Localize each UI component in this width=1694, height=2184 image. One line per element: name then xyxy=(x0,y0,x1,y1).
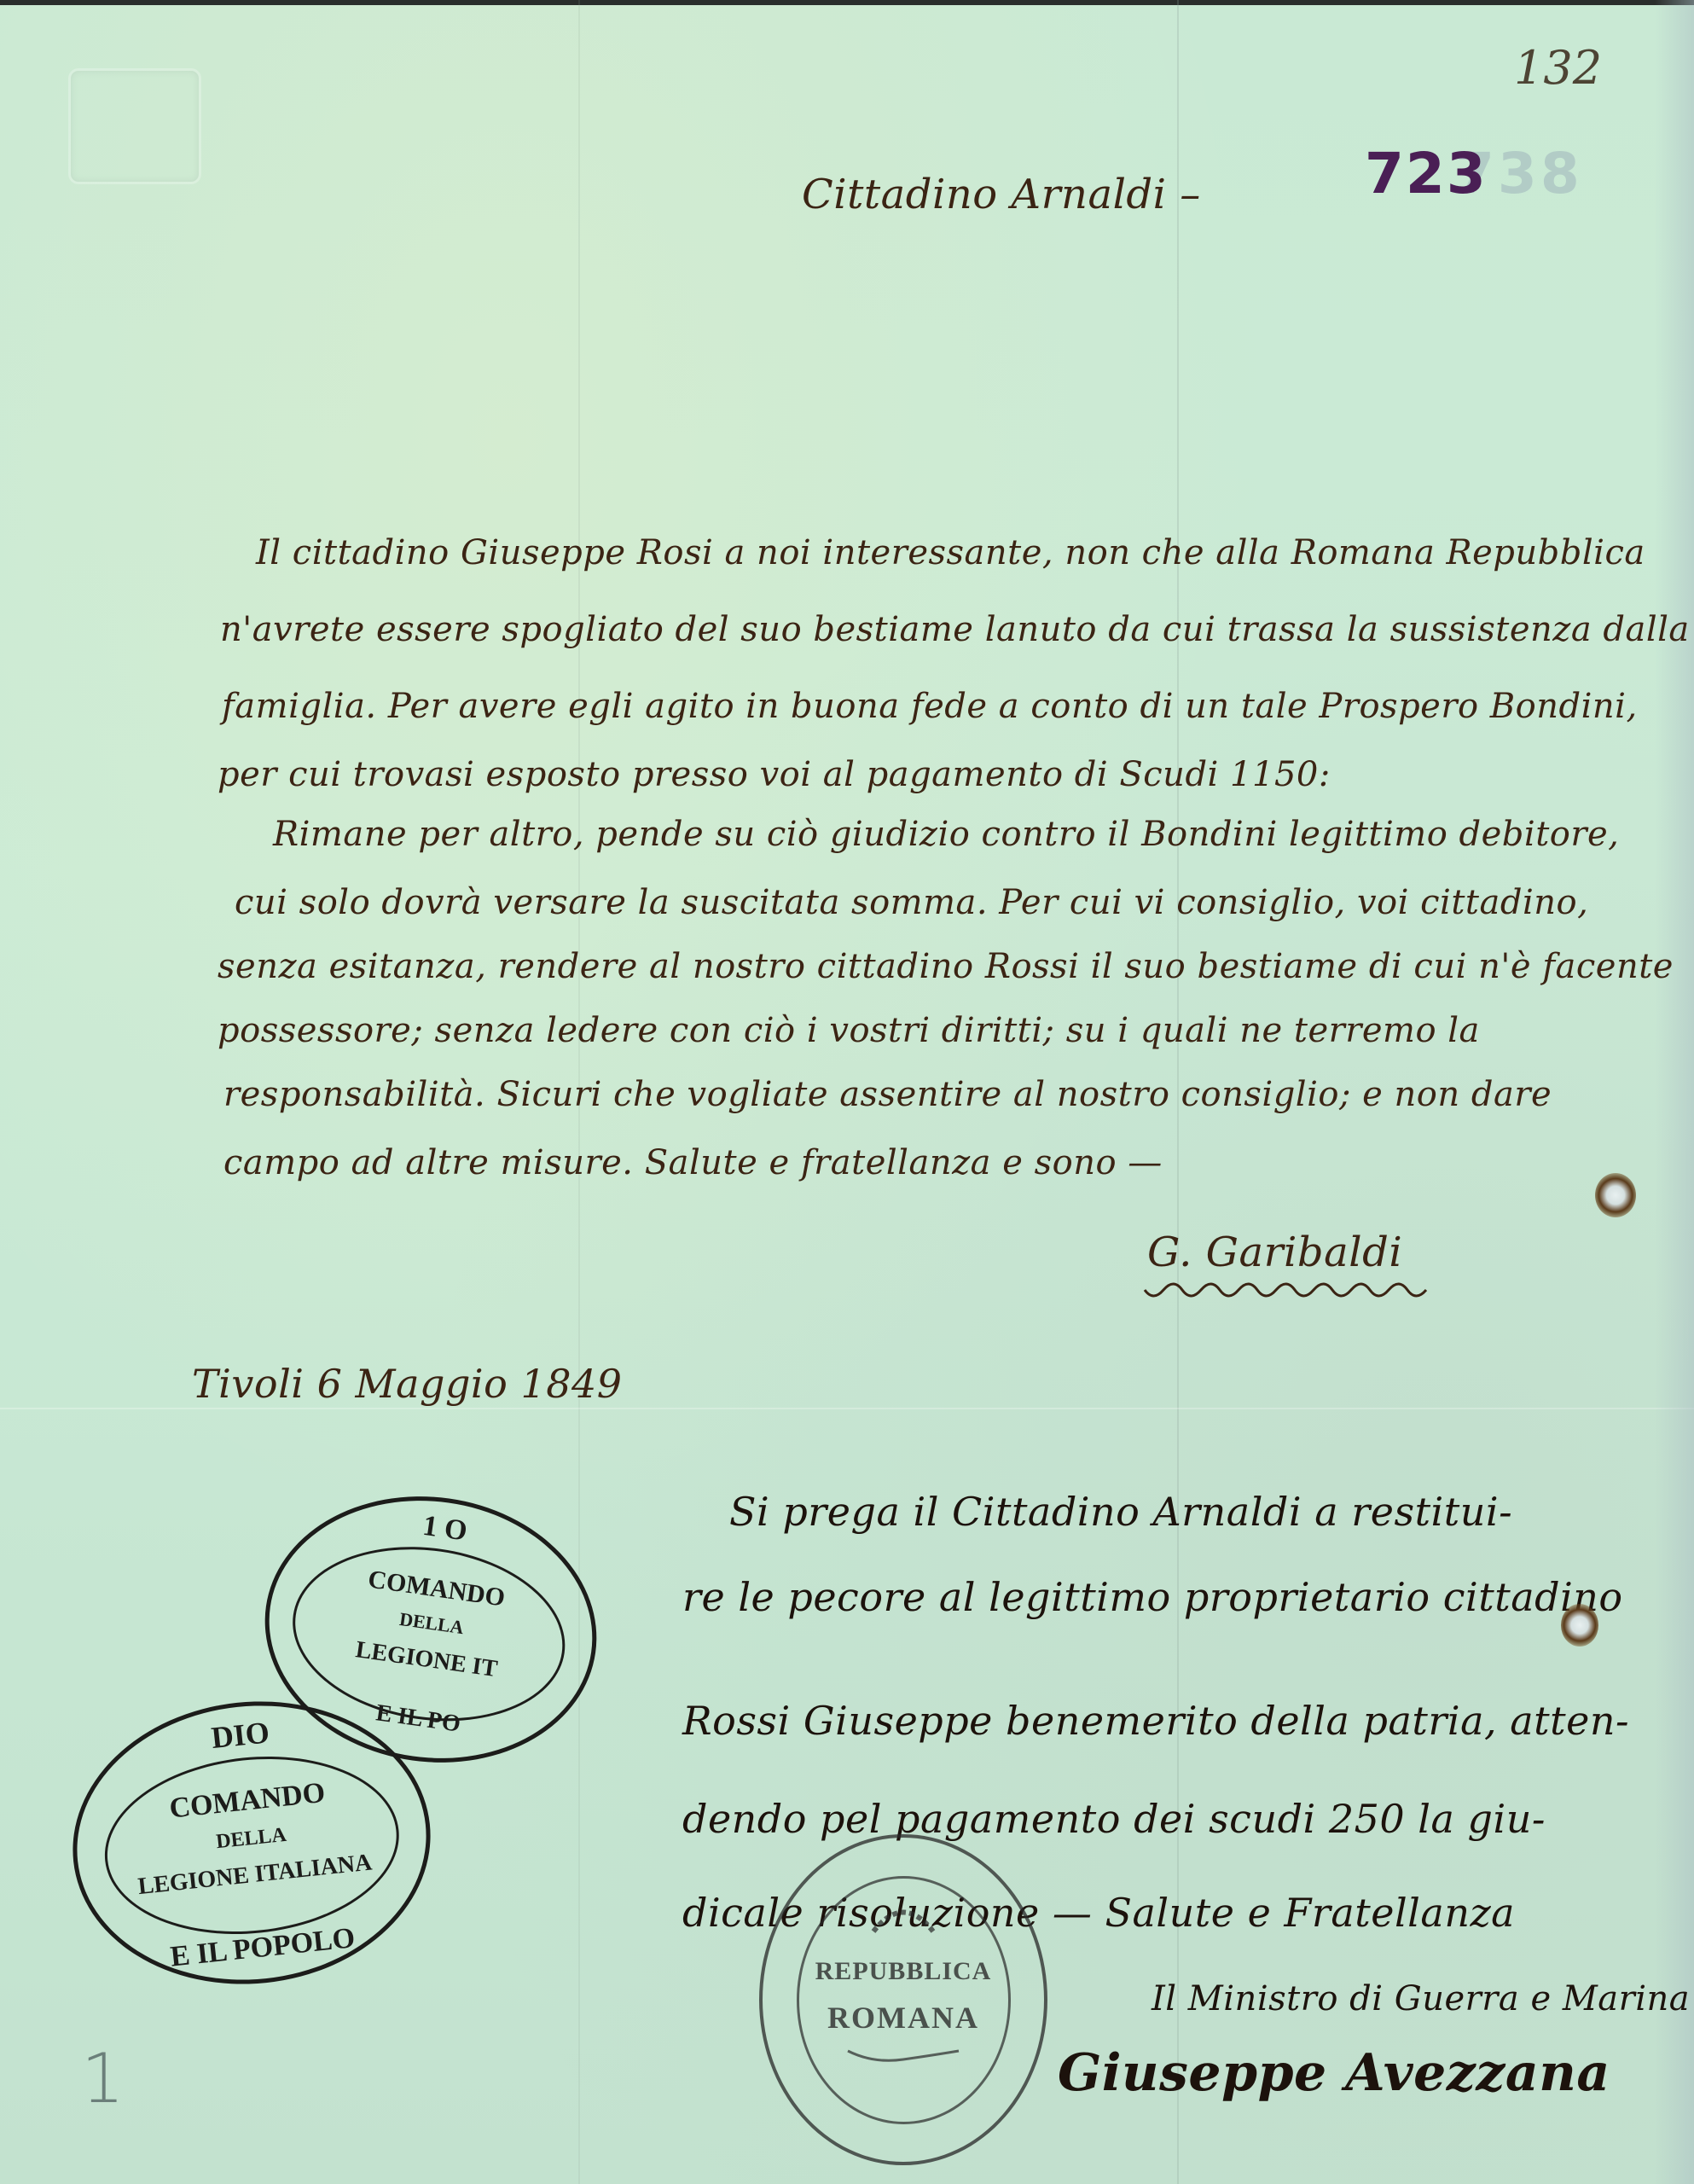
comando-legione-stamp-lower: DIO COMANDO DELLA LEGIONE ITALIANA E IL … xyxy=(59,1684,444,2001)
endorsement-line: Rossi Giuseppe benemerito della patria, … xyxy=(682,1698,1629,1744)
stamp-ornament xyxy=(844,2042,963,2068)
stamped-number: 723 xyxy=(1365,141,1488,206)
letter-line: responsabilità. Sicuri che vogliate asse… xyxy=(223,1075,1552,1114)
letter-line: per cui trovasi esposto presso voi al pa… xyxy=(218,755,1331,794)
endorsement-line: Si prega il Cittadino Arnaldi a restitui… xyxy=(729,1489,1512,1535)
letter-line: possessore; senza ledere con ciò i vostr… xyxy=(218,1011,1480,1050)
endorsement-line: re le pecore al legittimo proprietario c… xyxy=(682,1574,1623,1620)
endorsement-line: dendo pel pagamento dei scudi 250 la giu… xyxy=(682,1796,1546,1842)
scan-top-border xyxy=(0,0,1694,5)
ink-burn-hole xyxy=(1561,1604,1598,1647)
letter-line: famiglia. Per avere egli agito in buona … xyxy=(222,687,1638,726)
letter-line: n'avrete essere spogliato del suo bestia… xyxy=(220,610,1690,649)
minister-title: Il Ministro di Guerra e Marina xyxy=(1152,1979,1690,2018)
paper-edge-shadow xyxy=(1655,0,1694,2184)
garibaldi-signature: G. Garibaldi xyxy=(1147,1228,1402,1276)
letter-page: 132 738 723 Cittadino Arnaldi – Il citta… xyxy=(0,0,1694,2184)
addressee: Cittadino Arnaldi – xyxy=(802,171,1201,218)
signature-flourish xyxy=(1143,1280,1450,1305)
paper-fold-horizontal xyxy=(0,1408,1694,1409)
pencil-mark: 1 xyxy=(81,2039,125,2118)
ministero-guerra-marina-stamp: REPUBBLICA ROMANA xyxy=(759,1834,1047,2165)
letter-line: senza esitanza, rendere al nostro cittad… xyxy=(218,947,1674,986)
folio-number: 132 xyxy=(1514,41,1602,95)
avezzana-signature: Giuseppe Avezzana xyxy=(1058,2043,1610,2103)
embossed-seal-mark xyxy=(68,68,201,184)
laurel-wreath-icon xyxy=(865,1897,942,1940)
place-date: Tivoli 6 Maggio 1849 xyxy=(192,1361,623,1407)
letter-line: cui solo dovrà versare la suscitata somm… xyxy=(235,883,1588,922)
letter-line: campo ad altre misure. Salute e fratella… xyxy=(223,1143,1163,1182)
ink-burn-hole xyxy=(1595,1173,1636,1217)
letter-line: Il cittadino Giuseppe Rosi a noi interes… xyxy=(256,533,1645,572)
letter-line: Rimane per altro, pende su ciò giudizio … xyxy=(273,815,1619,854)
